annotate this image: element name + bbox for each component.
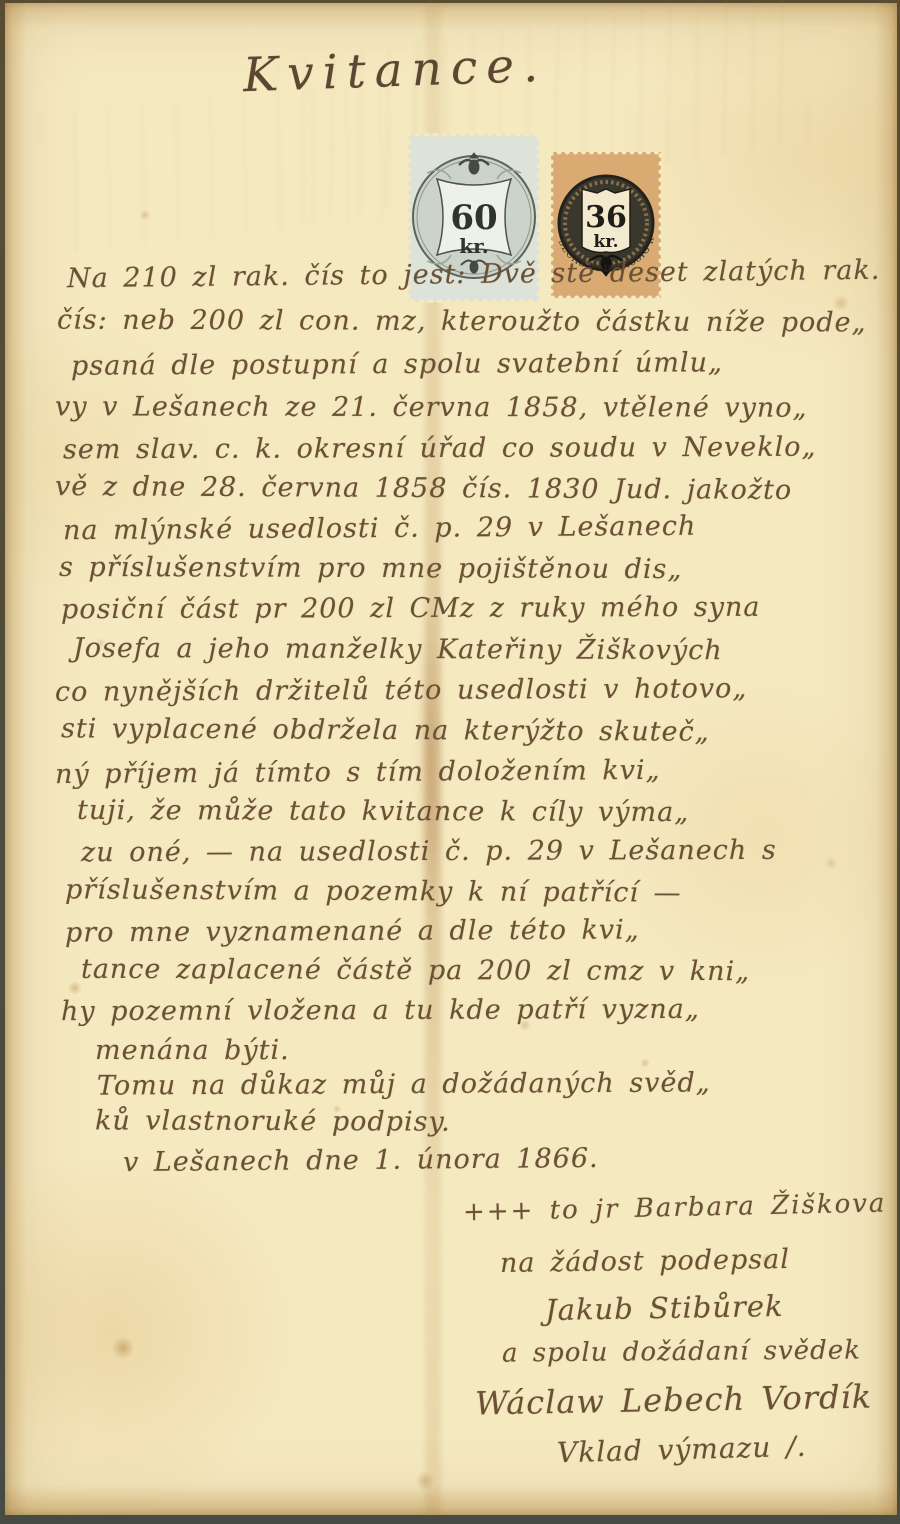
scanned-document-photo: 60 kr. 36 kr. SECHS U. DREI: [0, 0, 900, 1524]
paper-sheet: 60 kr. 36 kr. SECHS U. DREI: [5, 3, 897, 1515]
handwritten-line-9: posiční část pr 200 zl CMz z ruky mého s…: [61, 592, 761, 625]
handwritten-line-5: sem slav. c. k. okresní úřad co soudu v …: [63, 432, 817, 466]
handwritten-line-11: co nynějších držitelů této usedlosti v h…: [55, 673, 747, 708]
handwritten-line-12: sti vyplacené obdržela na kterýžto skute…: [61, 713, 710, 747]
handwritten-line-14: tuji, že může tato kvitance k cíly výma„: [77, 795, 689, 828]
handwritten-line-16: příslušenstvím a pozemky k ní patřící —: [65, 874, 682, 908]
date-line: v Lešanech dne 1. února 1866.: [123, 1143, 599, 1178]
stamp-60kr-unit: kr.: [459, 234, 489, 258]
handwritten-line-21: Tomu na důkaz můj a dožádaných svěd„: [97, 1067, 711, 1101]
handwritten-line-2: čís: neb 200 zl con. mz, kteroužto částk…: [57, 305, 867, 339]
handwritten-line-6: vě z dne 28. června 1858 čís. 1830 Jud. …: [55, 471, 792, 506]
handwritten-line-13: ný příjem já tímto s tím doložením kvi„: [55, 755, 661, 790]
handwritten-line-7: na mlýnské usedlosti č. p. 29 v Lešanech: [63, 511, 697, 546]
handwritten-line-17: pro mne vyznamenané a dle této kvi„: [65, 914, 640, 948]
handwritten-line-10: Josefa a jeho manželky Kateřiny Žiškovýc…: [73, 633, 723, 666]
co-witness-note: a spolu dožádaní svědek: [502, 1335, 861, 1368]
handwritten-line-22: ků vlastnoruké podpisy.: [95, 1105, 451, 1137]
handwritten-line-4: vy v Lešanech ze 21. června 1858, vtělen…: [55, 391, 808, 423]
document-title: Kvitance.: [242, 38, 548, 104]
signature-witness: Wáclaw Lebech Vordík: [475, 1378, 873, 1423]
stamp-36kr-value: 36: [585, 200, 627, 235]
handwritten-line-15: zu oné, — na usedlosti č. p. 29 v Lešane…: [81, 835, 777, 868]
stamp-36kr-unit: kr.: [593, 232, 618, 252]
handwritten-line-3: psaná dle postupní a spolu svatební úmlu…: [71, 347, 723, 381]
handwritten-line-18: tance zaplacené částě pa 200 zl cmz v kn…: [81, 954, 750, 987]
signed-on-request-note: na žádost podepsal: [500, 1244, 790, 1279]
stamp-60kr-value: 60: [450, 198, 497, 238]
handwritten-line-20: menána býti.: [95, 1035, 290, 1066]
handwritten-line-8: s příslušenstvím pro mne pojištěnou dis„: [59, 552, 682, 585]
signature-jakub-stiburek: Jakub Stibůrek: [545, 1289, 784, 1327]
handwritten-line-19: hy pozemní vložena a tu kde patří vyzna„: [61, 994, 700, 1027]
deposit-erasure-note: Vklad výmazu /.: [557, 1430, 807, 1470]
